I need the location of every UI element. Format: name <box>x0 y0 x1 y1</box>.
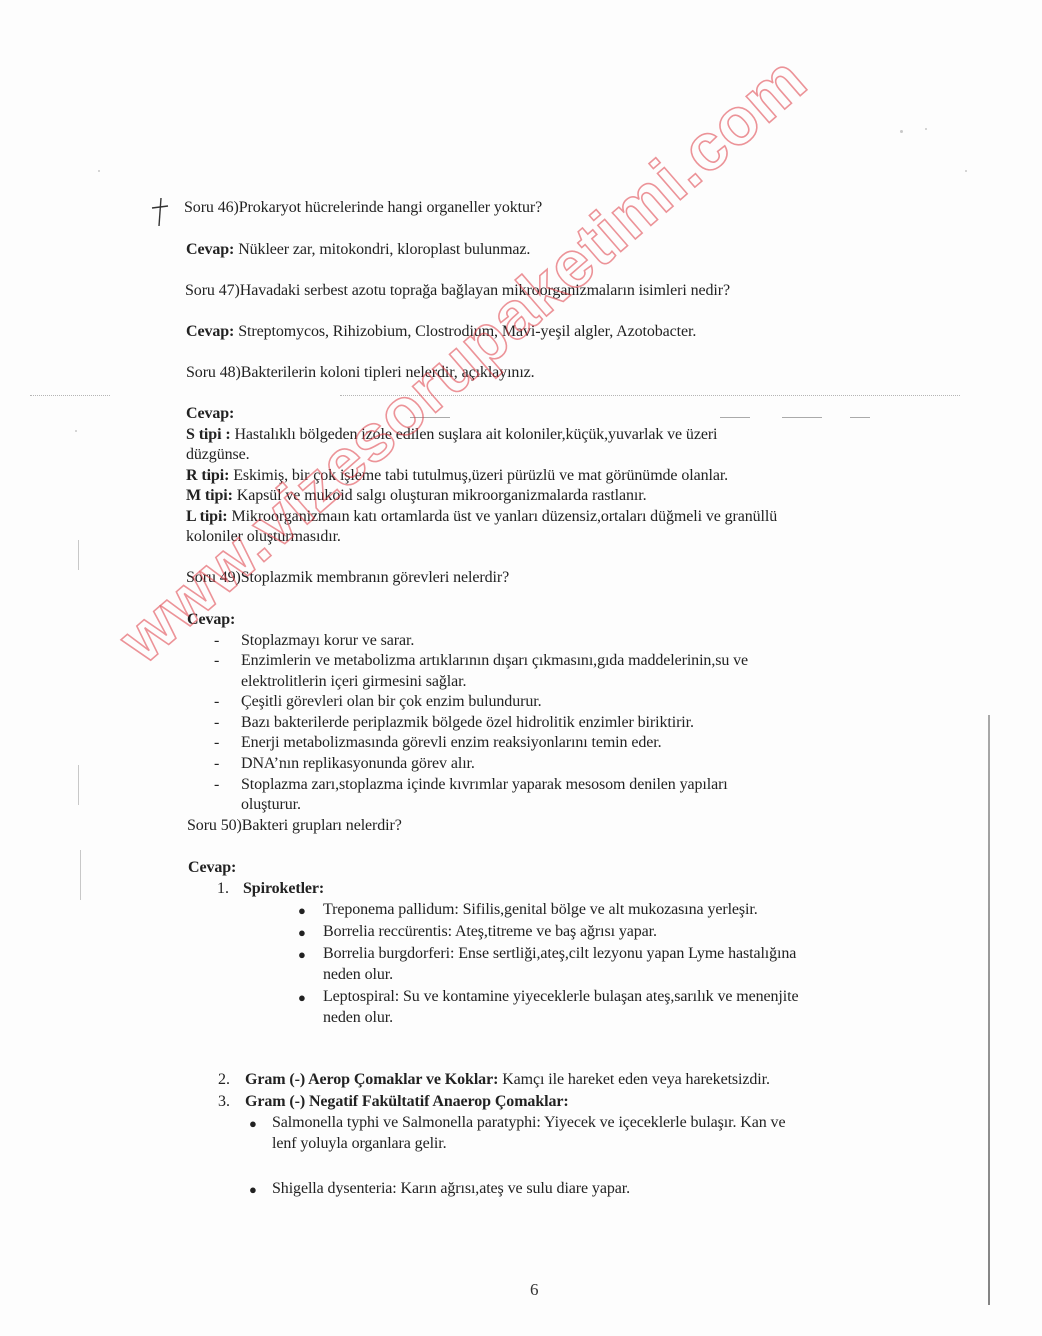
group-title: Gram (-) Aerop Çomaklar ve Koklar: <box>245 1071 498 1088</box>
colony-type-desc: Hastalıklı bölgeden izole edilen suşlara… <box>231 426 718 443</box>
dash-bullet: - <box>214 775 219 795</box>
group-bullet-item: Treponema pallidum: Sifilis,genital bölg… <box>323 900 758 920</box>
colony-type-label: R tipi: <box>186 467 229 484</box>
scan-speck <box>75 430 77 432</box>
dot-bullet: ● <box>298 945 306 965</box>
answer-47: Cevap: Streptomycos, Rihizobium, Clostro… <box>186 322 696 342</box>
scan-artifact <box>720 417 750 419</box>
group-gram-negative-aerobic: Gram (-) Aerop Çomaklar ve Koklar: Kamçı… <box>245 1070 770 1090</box>
colony-type-label: S tipi : <box>186 426 231 443</box>
dash-bullet: - <box>214 733 219 753</box>
colony-type-l: L tipi: Mikroorganizmaın katı ortamlarda… <box>186 507 777 527</box>
dot-bullet: ● <box>249 1114 257 1134</box>
membrane-function-item: Stoplazmayı korur ve sarar. <box>241 631 414 651</box>
group-bullet-item-cont: neden olur. <box>323 1008 393 1028</box>
colony-type-r: R tipi: Eskimiş, bir çok işleme tabi tut… <box>186 466 728 486</box>
scan-artifact <box>782 417 822 419</box>
colony-type-m: M tipi: Kapsül ve mukoid salgı oluşturan… <box>186 486 647 506</box>
scan-speck <box>78 540 79 570</box>
handwritten-check-icon <box>150 194 170 228</box>
dot-bullet: ● <box>298 901 306 921</box>
group-bullet-item-cont: neden olur. <box>323 965 393 985</box>
colony-type-s: S tipi : Hastalıklı bölgeden izole edile… <box>186 425 717 445</box>
colony-type-label: L tipi: <box>186 508 228 525</box>
scan-speck <box>98 170 100 172</box>
answer-label: Cevap: <box>186 241 234 258</box>
group-number: 3. <box>218 1092 230 1112</box>
membrane-function-item-cont: oluşturur. <box>241 795 301 815</box>
dash-bullet: - <box>214 754 219 774</box>
answer-label-50: Cevap: <box>188 858 236 878</box>
dash-bullet: - <box>214 651 219 671</box>
group-bullet-item-cont: lenf yoluyla organlara gelir. <box>272 1134 447 1154</box>
colony-type-desc: Eskimiş, bir çok işleme tabi tutulmuş,üz… <box>229 467 728 484</box>
scan-edge-line <box>988 715 990 1305</box>
colony-type-l-cont: koloniler oluşturmasıdır. <box>186 527 341 547</box>
membrane-function-item: Stoplazma zarı,stoplazma içinde kıvrımla… <box>241 775 728 795</box>
group-number: 1. <box>217 879 229 899</box>
membrane-function-item: Enerji metabolizmasında görevli enzim re… <box>241 733 661 753</box>
colony-type-s-cont: düzgünse. <box>186 445 250 465</box>
question-49: Soru 49)Stoplazmik membranın görevleri n… <box>186 568 509 588</box>
scan-speck <box>925 128 927 130</box>
scan-speck <box>965 170 967 172</box>
colony-type-desc: Mikroorganizmaın katı ortamlarda üst ve … <box>228 508 778 525</box>
group-bullet-item: Borrelia reccürentis: Ateş,titreme ve ba… <box>323 922 657 942</box>
dash-bullet: - <box>214 631 219 651</box>
page-number: 6 <box>530 1280 539 1300</box>
scan-speck <box>78 765 79 805</box>
scan-artifact <box>30 395 110 397</box>
group-number: 2. <box>218 1070 230 1090</box>
question-47: Soru 47)Havadaki serbest azotu toprağa b… <box>185 281 730 301</box>
question-50: Soru 50)Bakteri grupları nelerdir? <box>187 816 402 836</box>
group-bullet-item: Borrelia burgdorferi: Ense sertliği,ateş… <box>323 944 796 964</box>
dash-bullet: - <box>214 692 219 712</box>
dash-bullet: - <box>214 713 219 733</box>
scan-artifact <box>340 395 960 397</box>
answer-label: Cevap: <box>186 323 234 340</box>
dot-bullet: ● <box>298 923 306 943</box>
answer-text: Nükleer zar, mitokondri, kloroplast bulu… <box>234 241 530 258</box>
colony-type-desc: Kapsül ve mukoid salgı oluşturan mikroor… <box>233 487 647 504</box>
scan-artifact <box>850 417 870 419</box>
group-bullet-item: Leptospiral: Su ve kontamine yiyeceklerl… <box>323 987 798 1007</box>
membrane-function-item-cont: elektrolitlerin içeri girmesini sağlar. <box>241 672 466 692</box>
question-46: Soru 46)Prokaryot hücrelerinde hangi org… <box>184 198 542 218</box>
group-desc: Kamçı ile hareket eden veya hareketsizdi… <box>498 1071 770 1088</box>
group-bullet-item: Salmonella typhi ve Salmonella paratyphi… <box>272 1113 785 1133</box>
membrane-function-item: DNA’nın replikasyonunda görev alır. <box>241 754 475 774</box>
answer-text: Streptomycos, Rihizobium, Clostrodium, M… <box>234 323 696 340</box>
scan-speck <box>900 130 903 133</box>
membrane-function-item: Enzimlerin ve metabolizma artıklarının d… <box>241 651 748 671</box>
dot-bullet: ● <box>249 1180 257 1200</box>
answer-46: Cevap: Nükleer zar, mitokondri, kloropla… <box>186 240 530 260</box>
colony-type-label: M tipi: <box>186 487 233 504</box>
group-bullet-item: Shigella dysenteria: Karın ağrısı,ateş v… <box>272 1179 630 1199</box>
scanned-page: Soru 46)Prokaryot hücrelerinde hangi org… <box>0 0 1042 1336</box>
scan-artifact <box>410 417 450 419</box>
membrane-function-item: Çeşitli görevleri olan bir çok enzim bul… <box>241 692 541 712</box>
answer-label-49: Cevap: <box>187 610 235 630</box>
dot-bullet: ● <box>298 988 306 1008</box>
scan-speck <box>80 850 81 900</box>
question-48: Soru 48)Bakterilerin koloni tipleri nele… <box>186 363 535 383</box>
group-title-facultative-anaerobic: Gram (-) Negatif Fakültatif Anaerop Çoma… <box>245 1092 569 1112</box>
answer-label-48: Cevap: <box>186 404 234 424</box>
membrane-function-item: Bazı bakterilerde periplazmik bölgede öz… <box>241 713 694 733</box>
group-title-spiroketler: Spiroketler: <box>243 879 324 899</box>
